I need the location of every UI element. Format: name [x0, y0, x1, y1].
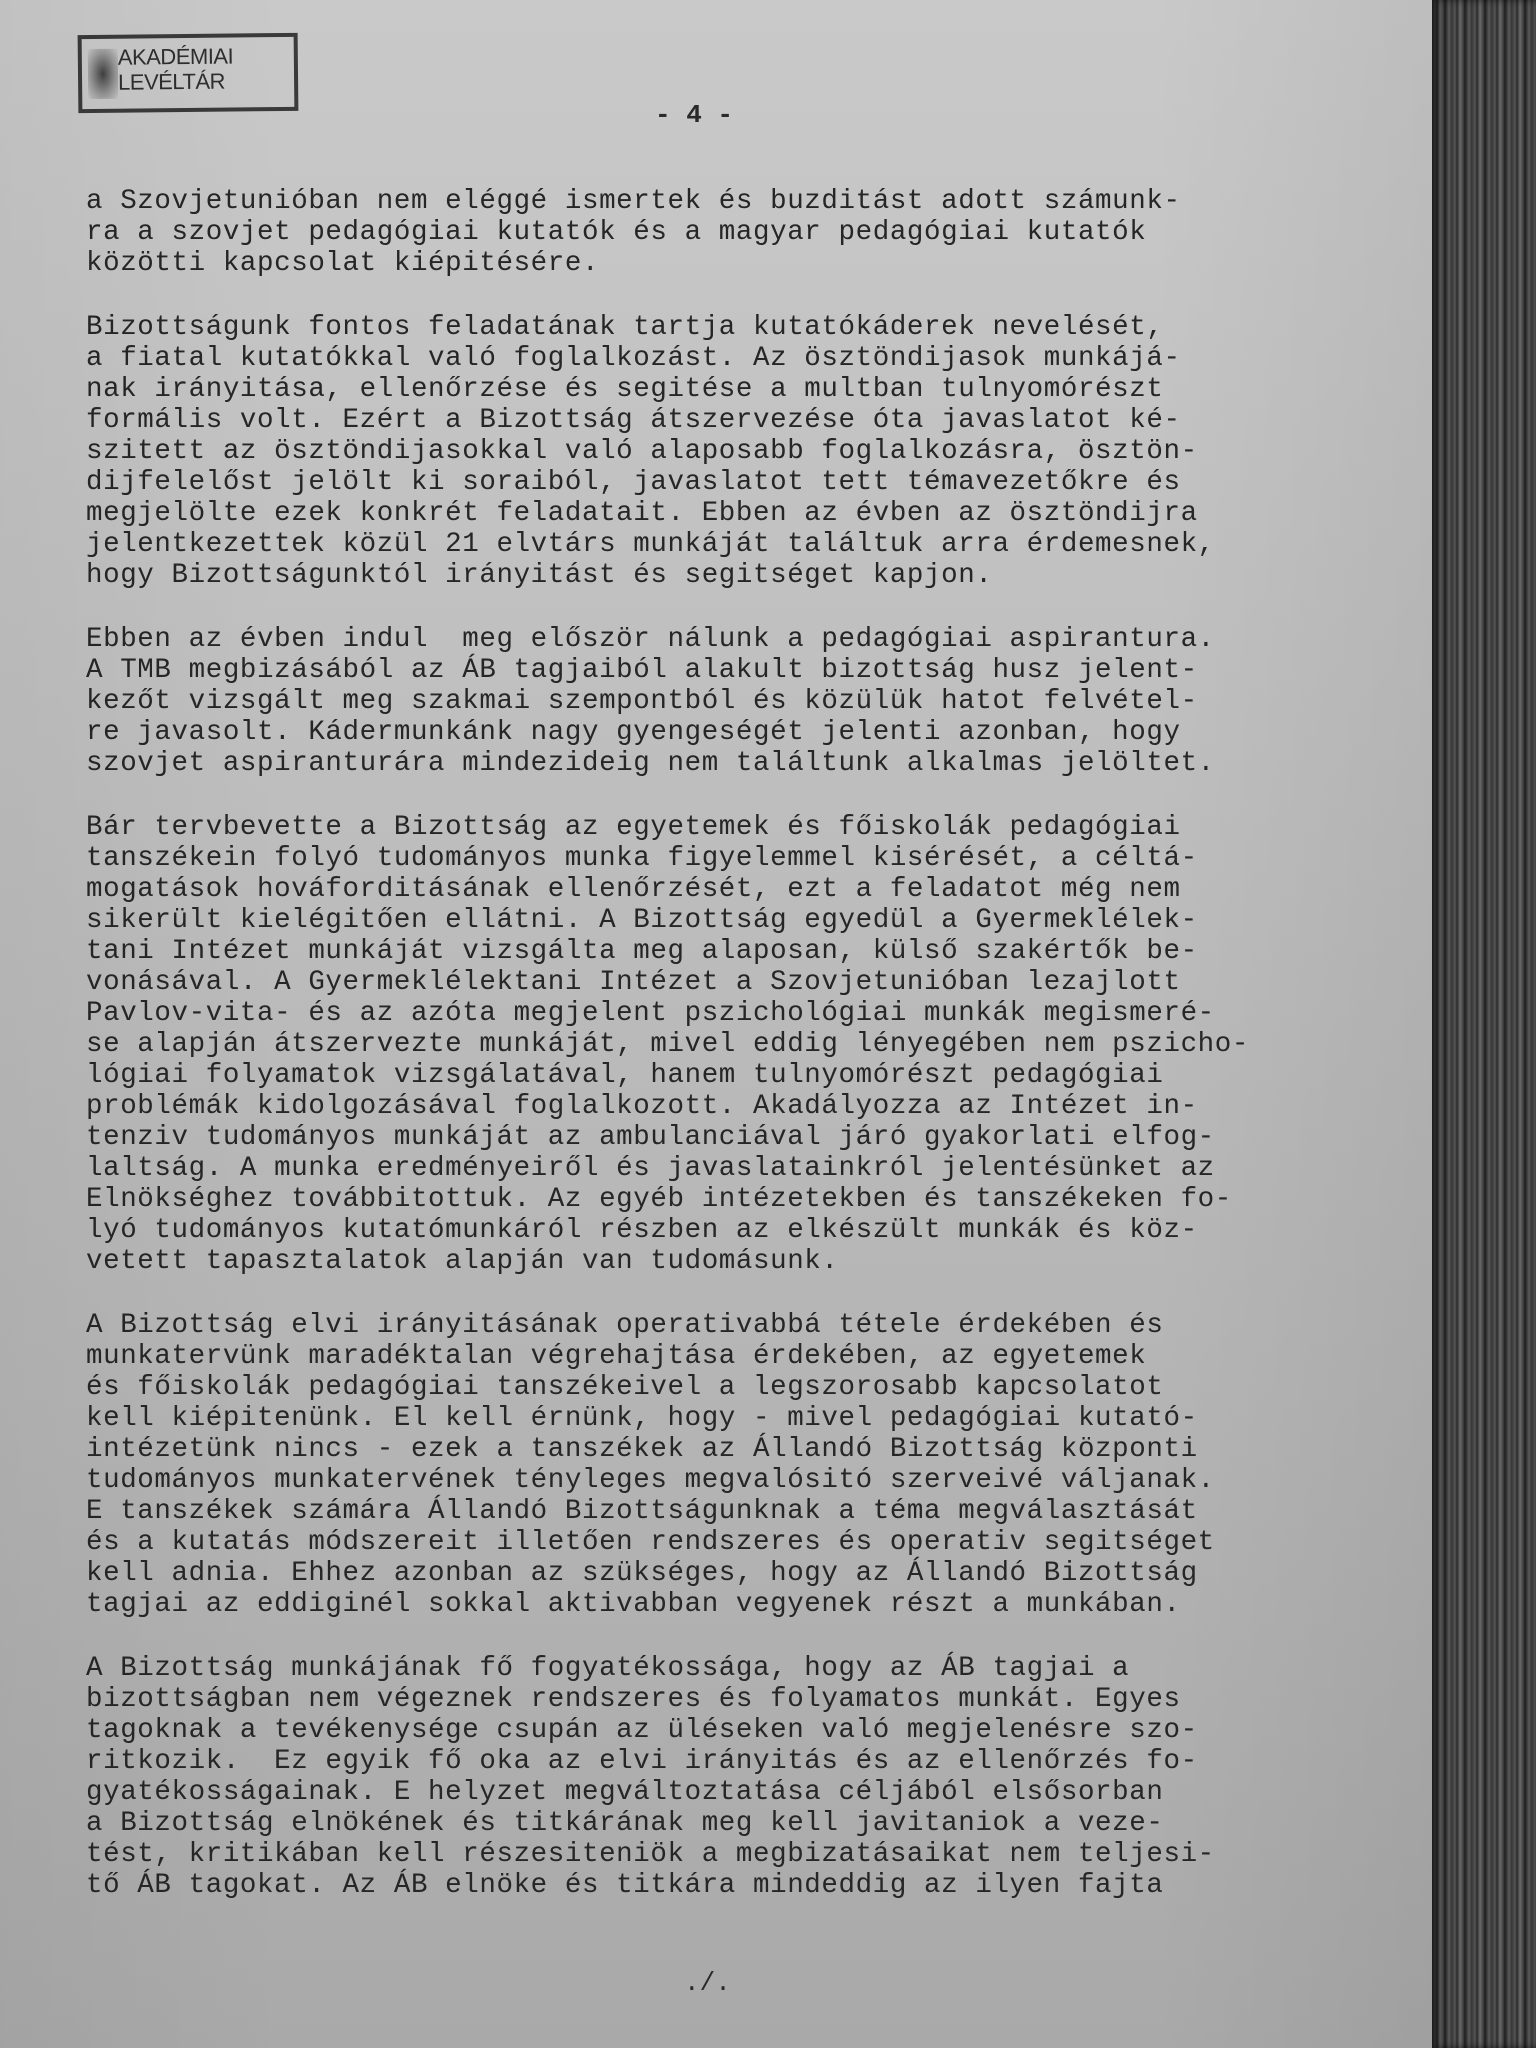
- text-line: tést, kritikában kell részesiteniök a me…: [86, 1839, 1406, 1870]
- text-line: kell kiépitenünk. El kell érnünk, hogy -…: [86, 1403, 1406, 1434]
- text-line: re javasolt. Kádermunkánk nagy gyengeség…: [86, 717, 1406, 748]
- text-line: sikerült kielégitően ellátni. A Bizottsá…: [86, 905, 1406, 936]
- text-line: szovjet aspiranturára mindezideig nem ta…: [86, 748, 1406, 779]
- text-line: tudományos munkatervének tényleges megva…: [86, 1465, 1406, 1496]
- text-line: tagjai az eddiginél sokkal aktivabban ve…: [86, 1589, 1406, 1620]
- text-line: ra a szovjet pedagógiai kutatók és a mag…: [86, 217, 1406, 248]
- text-line: se alapján átszervezte munkáját, mivel e…: [86, 1029, 1406, 1060]
- stamp-smudge: [88, 49, 119, 99]
- paragraph: a Szovjetunióban nem eléggé ismertek és …: [86, 186, 1406, 279]
- text-line: Elnökséghez továbbitottuk. Az egyéb inté…: [86, 1184, 1406, 1215]
- text-line: A Bizottság elvi irányitásának operativa…: [86, 1310, 1406, 1341]
- text-line: tagoknak a tevékenysége csupán az ülések…: [86, 1715, 1406, 1746]
- text-line: Bizottságunk fontos feladatának tartja k…: [86, 312, 1406, 343]
- paragraph: Bár tervbevette a Bizottság az egyetemek…: [86, 812, 1406, 1277]
- document-body: a Szovjetunióban nem eléggé ismertek és …: [86, 186, 1406, 1934]
- text-line: kell adnia. Ehhez azonban az szükséges, …: [86, 1558, 1406, 1589]
- archive-stamp: AKADÉMIAI LEVÉLTÁR: [78, 33, 299, 113]
- text-line: a Szovjetunióban nem eléggé ismertek és …: [86, 186, 1406, 217]
- stamp-line-2: LEVÉLTÁR: [118, 68, 294, 95]
- paragraph: A Bizottság elvi irányitásának operativa…: [86, 1310, 1406, 1620]
- text-line: munkatervünk maradéktalan végrehajtása é…: [86, 1341, 1406, 1372]
- text-line: A TMB megbizásából az ÁB tagjaiból alaku…: [86, 655, 1406, 686]
- text-line: kezőt vizsgált meg szakmai szempontból é…: [86, 686, 1406, 717]
- text-line: és főiskolák pedagógiai tanszékeivel a l…: [86, 1372, 1406, 1403]
- text-line: tenziv tudományos munkáját az ambulanciá…: [86, 1122, 1406, 1153]
- text-line: a Bizottság elnökének és titkárának meg …: [86, 1808, 1406, 1839]
- text-line: formális volt. Ezért a Bizottság átszerv…: [86, 405, 1406, 436]
- text-line: vonásával. A Gyermeklélektani Intézet a …: [86, 967, 1406, 998]
- text-line: problémák kidolgozásával foglalkozott. A…: [86, 1091, 1406, 1122]
- wooden-surface-edge: [1432, 0, 1536, 2048]
- text-line: laltság. A munka eredményeiről és javasl…: [86, 1153, 1406, 1184]
- paragraph: Bizottságunk fontos feladatának tartja k…: [86, 312, 1406, 591]
- text-line: megjelölte ezek konkrét feladatait. Ebbe…: [86, 498, 1406, 529]
- text-line: vetett tapasztalatok alapján van tudomás…: [86, 1246, 1406, 1277]
- stamp-line-1: AKADÉMIAI: [118, 43, 294, 70]
- text-line: intézetünk nincs - ezek a tanszékek az Á…: [86, 1434, 1406, 1465]
- paragraph: A Bizottság munkájának fő fogyatékossága…: [86, 1653, 1406, 1901]
- text-line: és a kutatás módszereit illetően rendsze…: [86, 1527, 1406, 1558]
- text-line: nak irányitása, ellenőrzése és segitése …: [86, 374, 1406, 405]
- continuation-mark: ./.: [684, 1968, 731, 1998]
- paragraph: Ebben az évben indul meg először nálunk …: [86, 624, 1406, 779]
- text-line: Ebben az évben indul meg először nálunk …: [86, 624, 1406, 655]
- text-line: Bár tervbevette a Bizottság az egyetemek…: [86, 812, 1406, 843]
- document-page: AKADÉMIAI LEVÉLTÁR - 4 - a Szovjetunióba…: [0, 0, 1440, 2048]
- page-number: - 4 -: [655, 100, 733, 130]
- text-line: gyatékosságainak. E helyzet megváltoztat…: [86, 1777, 1406, 1808]
- text-line: E tanszékek számára Állandó Bizottságunk…: [86, 1496, 1406, 1527]
- text-line: mogatások hováforditásának ellenőrzését,…: [86, 874, 1406, 905]
- text-line: dijfelelőst jelölt ki soraiból, javaslat…: [86, 467, 1406, 498]
- text-line: tanszékein folyó tudományos munka figyel…: [86, 843, 1406, 874]
- text-line: Pavlov-vita- és az azóta megjelent pszic…: [86, 998, 1406, 1029]
- text-line: hogy Bizottságunktól irányitást és segit…: [86, 560, 1406, 591]
- text-line: A Bizottság munkájának fő fogyatékossága…: [86, 1653, 1406, 1684]
- text-line: lyó tudományos kutatómunkáról részben az…: [86, 1215, 1406, 1246]
- text-line: szitett az ösztöndijasokkal való alaposa…: [86, 436, 1406, 467]
- text-line: tő ÁB tagokat. Az ÁB elnöke és titkára m…: [86, 1870, 1406, 1901]
- text-line: közötti kapcsolat kiépitésére.: [86, 248, 1406, 279]
- text-line: ritkozik. Ez egyik fő oka az elvi irányi…: [86, 1746, 1406, 1777]
- text-line: jelentkezettek közül 21 elvtárs munkáját…: [86, 529, 1406, 560]
- text-line: a fiatal kutatókkal való foglalkozást. A…: [86, 343, 1406, 374]
- text-line: bizottságban nem végeznek rendszeres és …: [86, 1684, 1406, 1715]
- text-line: tani Intézet munkáját vizsgálta meg alap…: [86, 936, 1406, 967]
- text-line: lógiai folyamatok vizsgálatával, hanem t…: [86, 1060, 1406, 1091]
